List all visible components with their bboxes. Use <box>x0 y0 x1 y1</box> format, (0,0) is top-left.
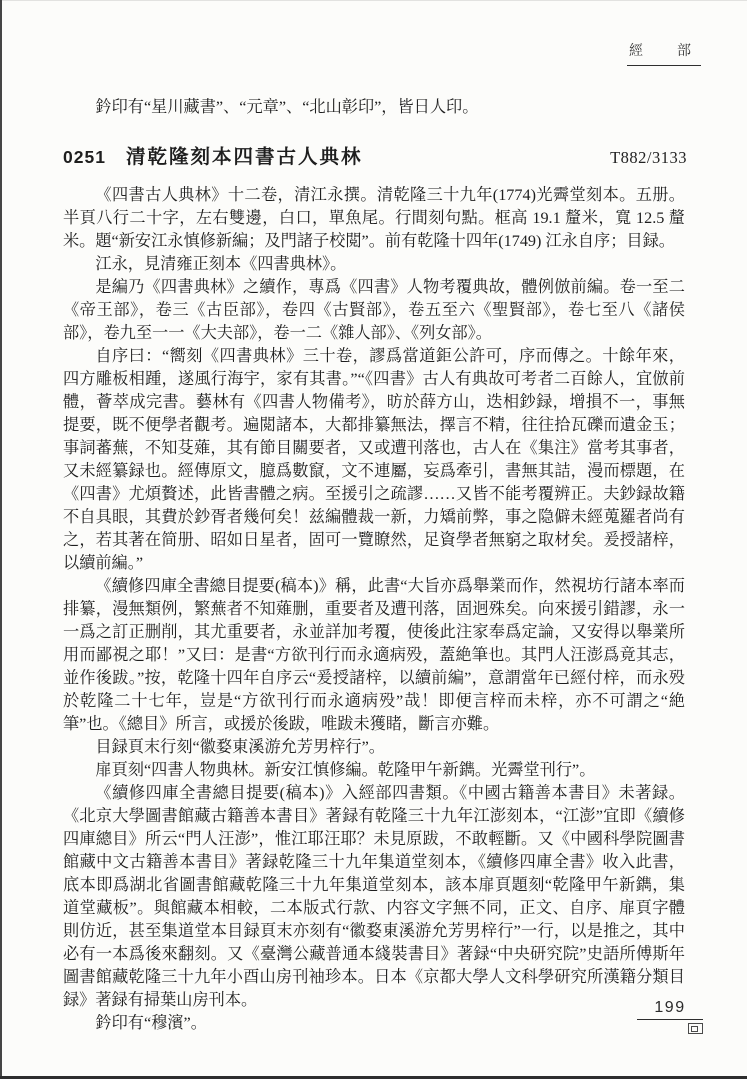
printer-mark-inner <box>691 1026 698 1032</box>
paragraph-seals: 鈐印有“穆濱”。 <box>63 1012 685 1035</box>
printer-mark-icon <box>688 1023 703 1034</box>
entry-body: 《四書古人典林》十二卷，清江永撰。清乾隆三十九年(1774)光霽堂刻本。五册。半… <box>63 184 685 1035</box>
catalog-page: 經 部 鈐印有“星川藏書”、“元章”、“北山彰印”，皆日人印。 0251 清乾隆… <box>0 0 747 1079</box>
paragraph-colophon-mulu: 目録頁末行刻“徽婺東溪游允芳男梓行”。 <box>63 736 685 759</box>
paragraph-preface: 自序曰：“嚮刻《四書典林》三十卷，謬爲當道鉅公許可，序而傳之。十餘年來，四方雕板… <box>63 345 685 575</box>
entry-heading: 0251 清乾隆刻本四書古人典林 T882/3133 <box>63 141 687 169</box>
paragraph-bibliography: 《續修四庫全書總目提要(稿本)》入經部四書類。《中國古籍善本書目》未著録。《北京… <box>63 782 685 1012</box>
call-number: T882/3133 <box>610 148 687 168</box>
paragraph-author: 江永，見清雍正刻本《四書典林》。 <box>63 253 685 276</box>
page-number: 199 <box>654 999 685 1016</box>
entry-heading-left: 0251 清乾隆刻本四書古人典林 <box>63 141 362 169</box>
seal-note-paragraph: 鈐印有“星川藏書”、“元章”、“北山彰印”，皆日人印。 <box>63 96 685 119</box>
paragraph-tiyao: 《續修四庫全書總目提要(稿本)》稱，此書“大旨亦爲舉業而作，然視坊行諸本率而排纂… <box>63 575 685 736</box>
page-number-block: 199 <box>637 999 703 1034</box>
scan-edge-left <box>0 0 2 1079</box>
entry-number: 0251 <box>63 147 106 168</box>
paragraph-contents: 是編乃《四書典林》之續作，專爲《四書》人物考覆典故，體例倣前編。卷一至二《帝王部… <box>63 276 685 345</box>
paragraph-edition: 《四書古人典林》十二卷，清江永撰。清乾隆三十九年(1774)光霽堂刻本。五册。半… <box>63 184 685 253</box>
section-label: 經 部 <box>627 40 701 66</box>
entry-title: 清乾隆刻本四書古人典林 <box>126 141 363 169</box>
paragraph-title-page: 扉頁刻“四書人物典林。新安江慎修編。乾隆甲午新鐫。光霽堂刊行”。 <box>63 759 685 782</box>
page-footer: 199 <box>637 999 703 1034</box>
running-head: 經 部 <box>627 40 701 66</box>
footer-rule <box>637 1019 703 1020</box>
scan-edge-top <box>0 0 747 1</box>
